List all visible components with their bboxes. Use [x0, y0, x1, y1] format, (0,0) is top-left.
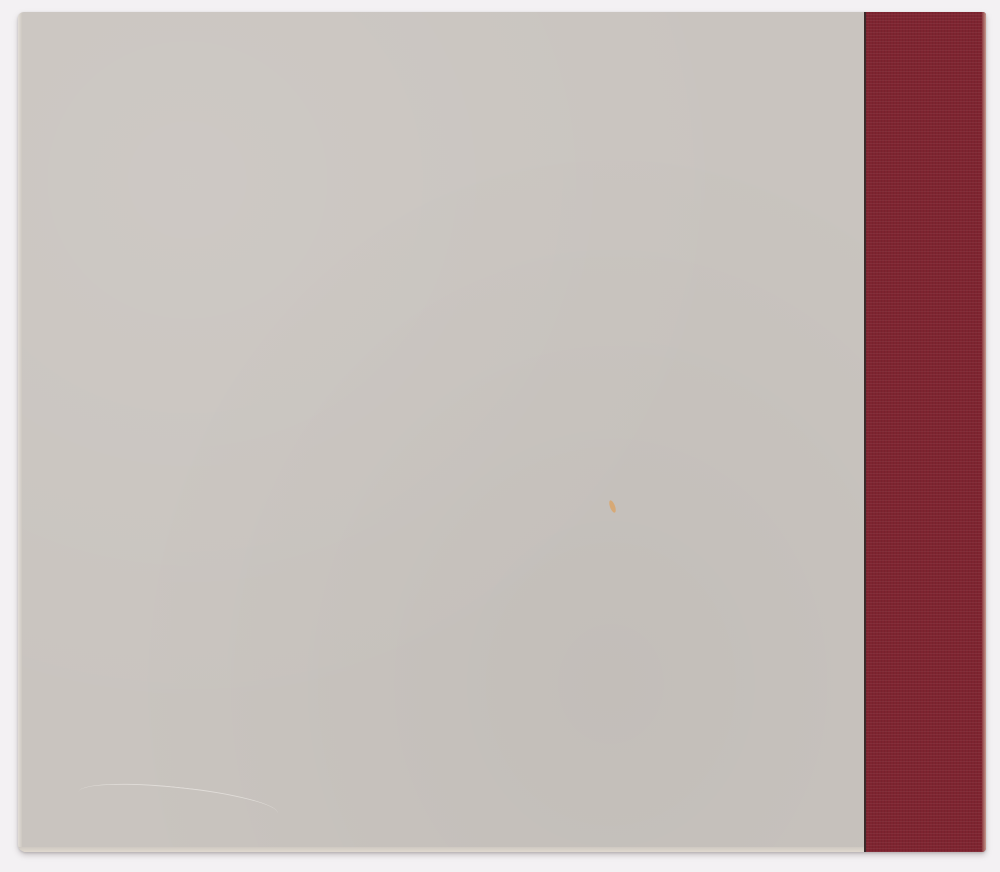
stain-spot: [608, 500, 617, 514]
board-bottom-edge: [18, 847, 865, 852]
album-cover: [18, 12, 986, 852]
surface-scratch: [77, 777, 279, 829]
board-left-edge: [18, 12, 22, 852]
pencil-mark: [688, 30, 738, 48]
grey-board-panel: [18, 12, 865, 852]
red-cloth-spine: [866, 12, 986, 852]
spine-worn-edge: [982, 12, 986, 852]
